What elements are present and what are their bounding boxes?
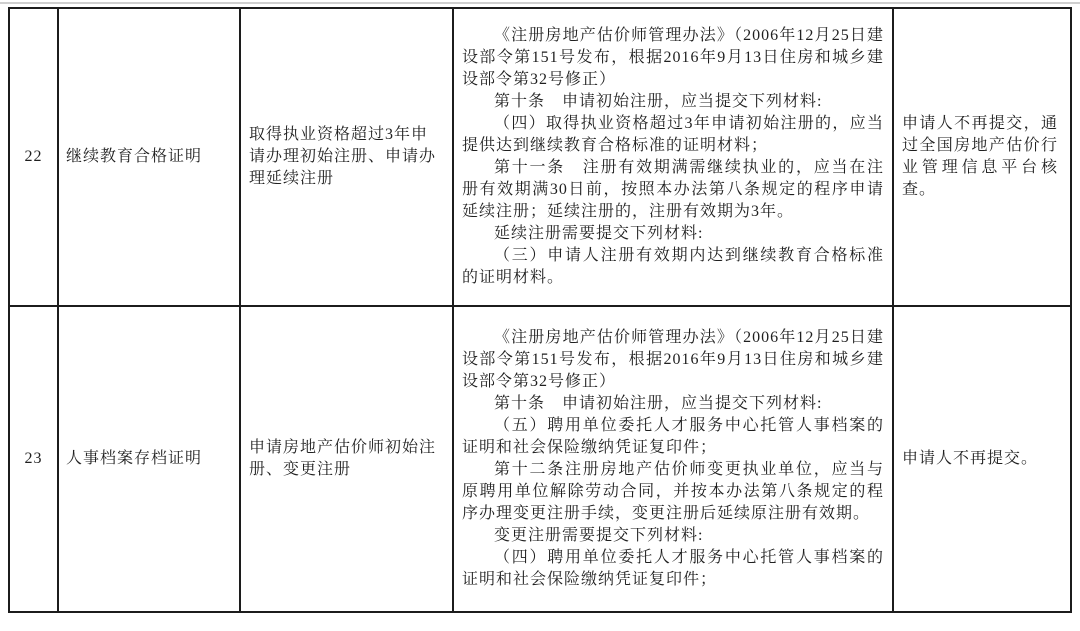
table-row: 22 继续教育合格证明 取得执业资格超过3年申请办理初始注册、申请办理延续注册 … xyxy=(9,8,1071,306)
legal-basis-paragraph: （五）聘用单位委托人才服务中心托管人事档案的证明和社会保险缴纳凭证复印件； xyxy=(462,415,884,459)
legal-basis-paragraph: 变更注册需要提交下列材料: xyxy=(462,525,884,547)
legal-basis-cell: 《注册房地产估价师管理办法》（2006年12月25日建设部令第151号发布，根据… xyxy=(453,306,893,612)
legal-basis-paragraph: 第十一条 注册有效期满需继续执业的，应当在注册有效期满30日前，按照本办法第八条… xyxy=(462,157,884,223)
material-name: 继续教育合格证明 xyxy=(66,148,202,165)
legal-basis-paragraph: （三）申请人注册有效期内达到继续教育合格标准的证明材料。 xyxy=(462,245,884,289)
handling-cell: 申请人不再提交，通过全国房地产估价行业管理信息平台核查。 xyxy=(893,8,1071,306)
legal-basis-paragraph: （四）聘用单位委托人才服务中心托管人事档案的证明和社会保险缴纳凭证复印件； xyxy=(462,547,884,591)
legal-basis-paragraph: 《注册房地产估价师管理办法》（2006年12月25日建设部令第151号发布，根据… xyxy=(462,25,884,91)
material-name-cell: 继续教育合格证明 xyxy=(58,8,240,306)
handling-cell: 申请人不再提交。 xyxy=(893,306,1071,612)
legal-basis-paragraph: 第十条 申请初始注册，应当提交下列材料: xyxy=(462,91,884,113)
legal-basis-paragraph: 第十条 申请初始注册，应当提交下列材料: xyxy=(462,393,884,415)
application-scope-cell: 申请房地产估价师初始注册、变更注册 xyxy=(240,306,453,612)
document-page: 22 继续教育合格证明 取得执业资格超过3年申请办理初始注册、申请办理延续注册 … xyxy=(0,0,1080,631)
material-name: 人事档案存档证明 xyxy=(66,450,202,467)
application-scope: 申请房地产估价师初始注册、变更注册 xyxy=(249,439,436,478)
legal-basis-paragraph: 《注册房地产估价师管理办法》（2006年12月25日建设部令第151号发布，根据… xyxy=(462,327,884,393)
application-scope-cell: 取得执业资格超过3年申请办理初始注册、申请办理延续注册 xyxy=(240,8,453,306)
row-number: 22 xyxy=(25,148,43,165)
legal-basis-paragraph: （四）取得执业资格超过3年申请初始注册的，应当提供达到继续教育合格标准的证明材料… xyxy=(462,113,884,157)
seq-cell: 23 xyxy=(9,306,58,612)
material-name-cell: 人事档案存档证明 xyxy=(58,306,240,612)
legal-basis-cell: 《注册房地产估价师管理办法》（2006年12月25日建设部令第151号发布，根据… xyxy=(453,8,893,306)
application-scope: 取得执业资格超过3年申请办理初始注册、申请办理延续注册 xyxy=(249,126,436,187)
row-number: 23 xyxy=(25,450,43,467)
handling-note: 申请人不再提交。 xyxy=(902,450,1038,467)
legal-basis-paragraph: 延续注册需要提交下列材料: xyxy=(462,223,884,245)
page-top-divider xyxy=(0,2,1080,4)
table-row: 23 人事档案存档证明 申请房地产估价师初始注册、变更注册 《注册房地产估价师管… xyxy=(9,306,1071,612)
seq-cell: 22 xyxy=(9,8,58,306)
handling-note: 申请人不再提交，通过全国房地产估价行业管理信息平台核查。 xyxy=(902,115,1058,198)
legal-basis-paragraph: 第十二条注册房地产估价师变更执业单位，应当与原聘用单位解除劳动合同，并按本办法第… xyxy=(462,459,884,525)
materials-table: 22 继续教育合格证明 取得执业资格超过3年申请办理初始注册、申请办理延续注册 … xyxy=(8,7,1072,613)
